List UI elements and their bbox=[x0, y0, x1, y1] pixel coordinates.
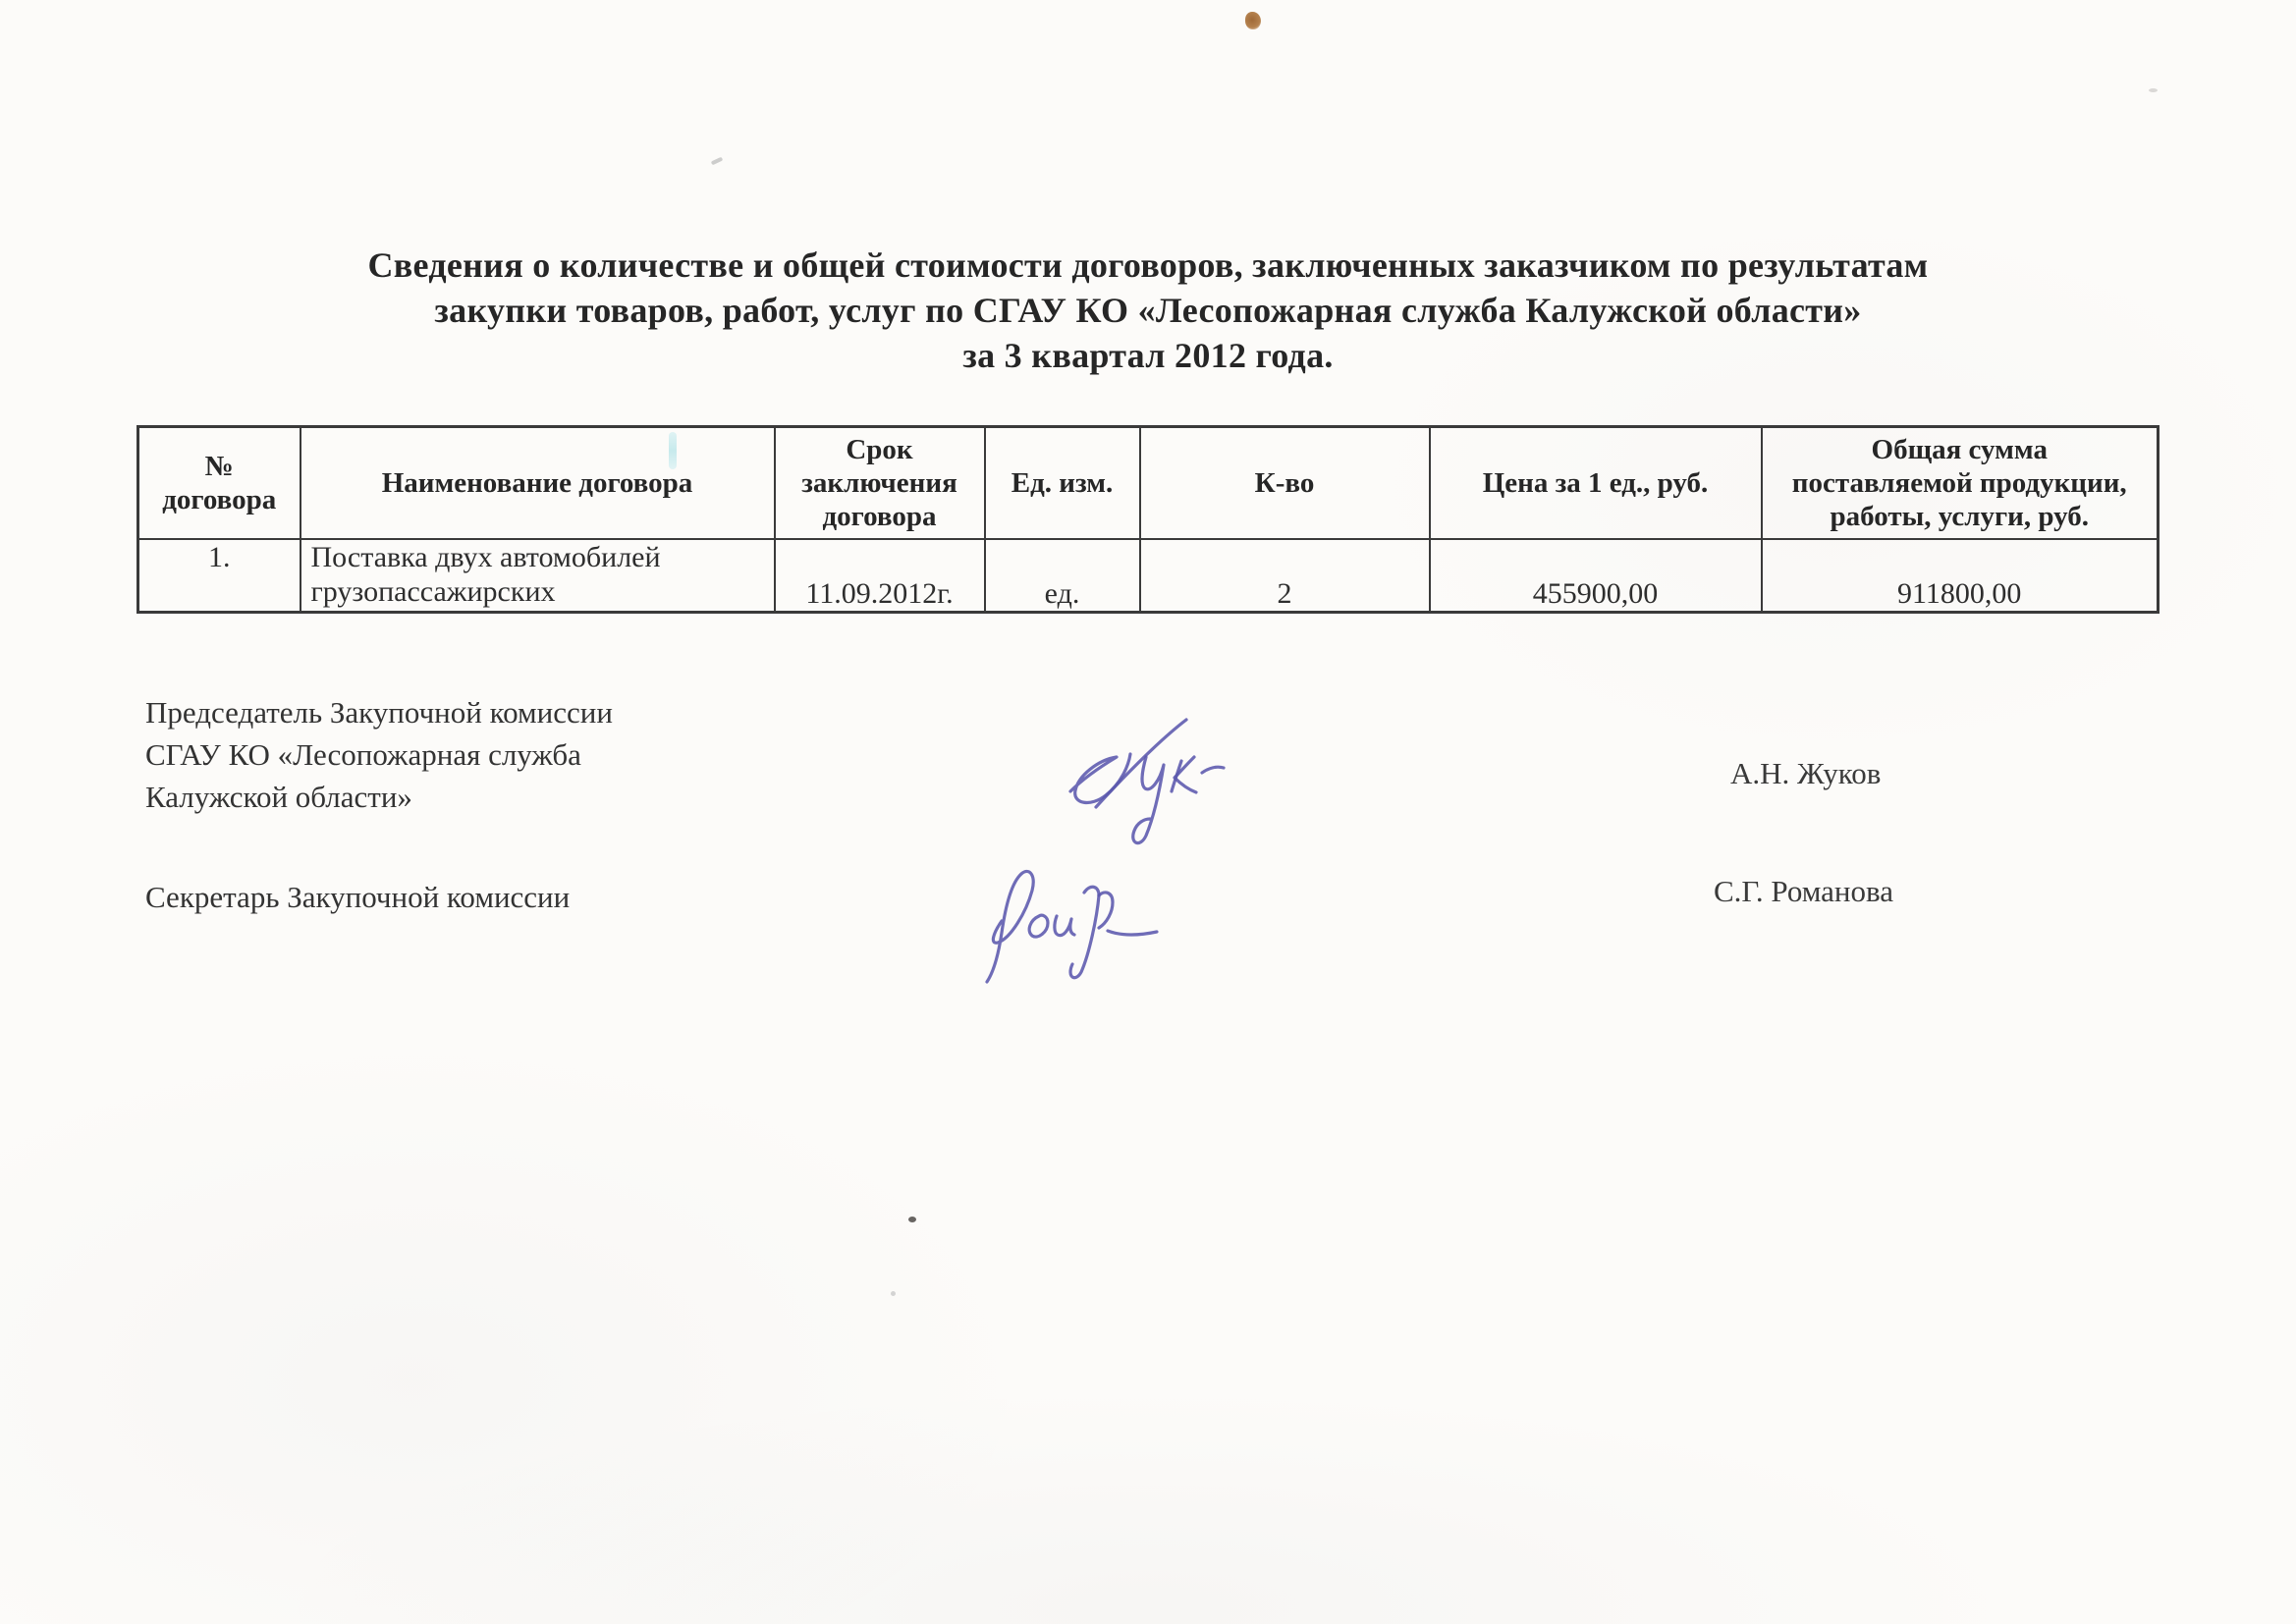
cell-contract-name: Поставка двух автомобилей грузопассажирс… bbox=[301, 539, 775, 613]
secretary-signature-ink bbox=[987, 871, 1157, 982]
cell-conclusion-date: 11.09.2012г. bbox=[775, 539, 985, 613]
handwritten-signatures bbox=[933, 677, 1286, 1001]
scan-speck-dash bbox=[711, 157, 724, 166]
cell-contract-number: 1. bbox=[138, 539, 301, 613]
col-header-contract-number: № договора bbox=[138, 427, 301, 540]
secretary-role-label: Секретарь Закупочной комиссии bbox=[145, 880, 570, 915]
scan-speck-cyan bbox=[669, 432, 677, 469]
cell-unit-price: 455900,00 bbox=[1430, 539, 1762, 613]
col-header-quantity: К-во bbox=[1140, 427, 1430, 540]
scan-speck-faint bbox=[2149, 88, 2158, 92]
col-header-total-sum: Общая сумма поставляемой продукции, рабо… bbox=[1762, 427, 2159, 540]
cell-quantity: 2 bbox=[1140, 539, 1430, 613]
table-header: № договора Наименование договора Срок за… bbox=[138, 427, 2159, 540]
secretary-name: С.Г. Романова bbox=[1714, 874, 1893, 909]
col-header-contract-name: Наименование договора bbox=[301, 427, 775, 540]
table-row: 1. Поставка двух автомобилей грузопассаж… bbox=[138, 539, 2159, 613]
cell-unit: ед. bbox=[985, 539, 1140, 613]
col-header-unit: Ед. изм. bbox=[985, 427, 1140, 540]
document-title: Сведения о количестве и общей стоимости … bbox=[0, 243, 2296, 378]
chairman-signature-ink bbox=[1070, 720, 1224, 843]
scanned-document-page: Сведения о количестве и общей стоимости … bbox=[0, 0, 2296, 1624]
cell-total-sum: 911800,00 bbox=[1762, 539, 2159, 613]
scan-speck-dark bbox=[908, 1217, 916, 1222]
chairman-role-label: Председатель Закупочной комиссии СГАУ КО… bbox=[145, 691, 613, 818]
scan-speck-brown bbox=[1245, 12, 1261, 29]
contracts-table: № договора Наименование договора Срок за… bbox=[137, 425, 2159, 614]
col-header-conclusion-date: Срок заключения договора bbox=[775, 427, 985, 540]
col-header-unit-price: Цена за 1 ед., руб. bbox=[1430, 427, 1762, 540]
scan-speck-faint bbox=[891, 1291, 896, 1296]
chairman-name: А.Н. Жуков bbox=[1730, 756, 1881, 791]
